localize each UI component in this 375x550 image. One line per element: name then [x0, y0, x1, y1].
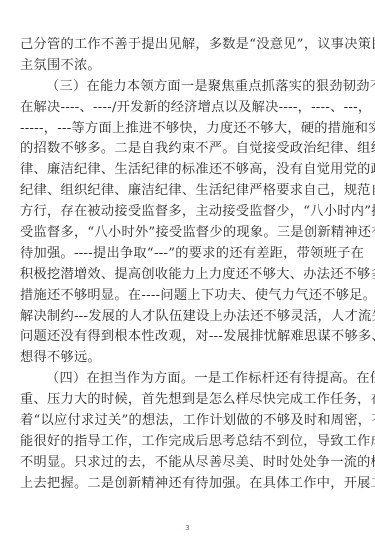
text-line: 能很好的指导工作，工作完成后思考总结不到位，导致工作成效	[20, 432, 343, 453]
text-line: 主氛围不浓。	[20, 56, 343, 77]
text-line: 问题还没有得到根本性改观，对---发展排忧解难思谋不够多、	[20, 327, 343, 348]
page-number: 3	[0, 524, 375, 532]
text-line: 解决制约---发展的人才队伍建设上办法还不够灵活，人才流失	[20, 307, 343, 328]
text-line: 重、压力大的时候，首先想到是怎么样尽快完成工作任务，存在	[20, 390, 343, 411]
text-line: 己分管的工作不善于提出见解，多数是“没意见”，议事决策民	[20, 35, 343, 56]
section-heading-line: （三）在能力本领方面一是聚焦重点抓落实的狠劲韧劲不够。	[20, 77, 343, 98]
text-line: 想得不够远。	[20, 348, 343, 369]
text-line: 待加强。----提出争取“---”的要求的还有差距，带领班子在	[20, 244, 343, 265]
text-line: 的招数不够多。二是自我约束不严。自觉接受政治纪律、组织纪	[20, 139, 343, 160]
text-line: 上去把握。二是创新精神还有待加强。在具体工作中，开展工作	[20, 474, 343, 495]
text-line: 纪律、组织纪律、廉洁纪律、生活纪律严格要求自己，规范自己	[20, 181, 343, 202]
document-page: 己分管的工作不善于提出见解，多数是“没意见”，议事决策民 主氛围不浓。 （三）在…	[20, 35, 343, 495]
text-line: 律、廉洁纪律、生活纪律的标准还不够高，没有自觉用党的政治	[20, 160, 343, 181]
section-heading-line: （四）在担当作为方面。一是工作标杆还有待提高。在任务	[20, 369, 343, 390]
text-line: -----，---等方面上推进不够快，力度还不够大，硬的措施和实	[20, 119, 343, 140]
text-line: 在解决----、----/开发新的经济增点以及解决----，----、---，	[20, 98, 343, 119]
text-line: 受监督多，“八小时外”接受监督少的现象。三是创新精神还有	[20, 223, 343, 244]
text-line: 不明显。只求过的去，不能从尽善尽美、时时处处争一流的标准	[20, 453, 343, 474]
text-line: 措施还不够明显。在----问题上下功夫、使气力气还不够足。在	[20, 286, 343, 307]
text-line: 积极挖潜增效、提高创收能力上力度还不够大、办法还不够多、	[20, 265, 343, 286]
text-line: 着“以应付求过关”的想法，工作计划做的不够及时和周密，不	[20, 411, 343, 432]
text-line: 方行，存在被动接受监督多，主动接受监督少，“八小时内”接	[20, 202, 343, 223]
